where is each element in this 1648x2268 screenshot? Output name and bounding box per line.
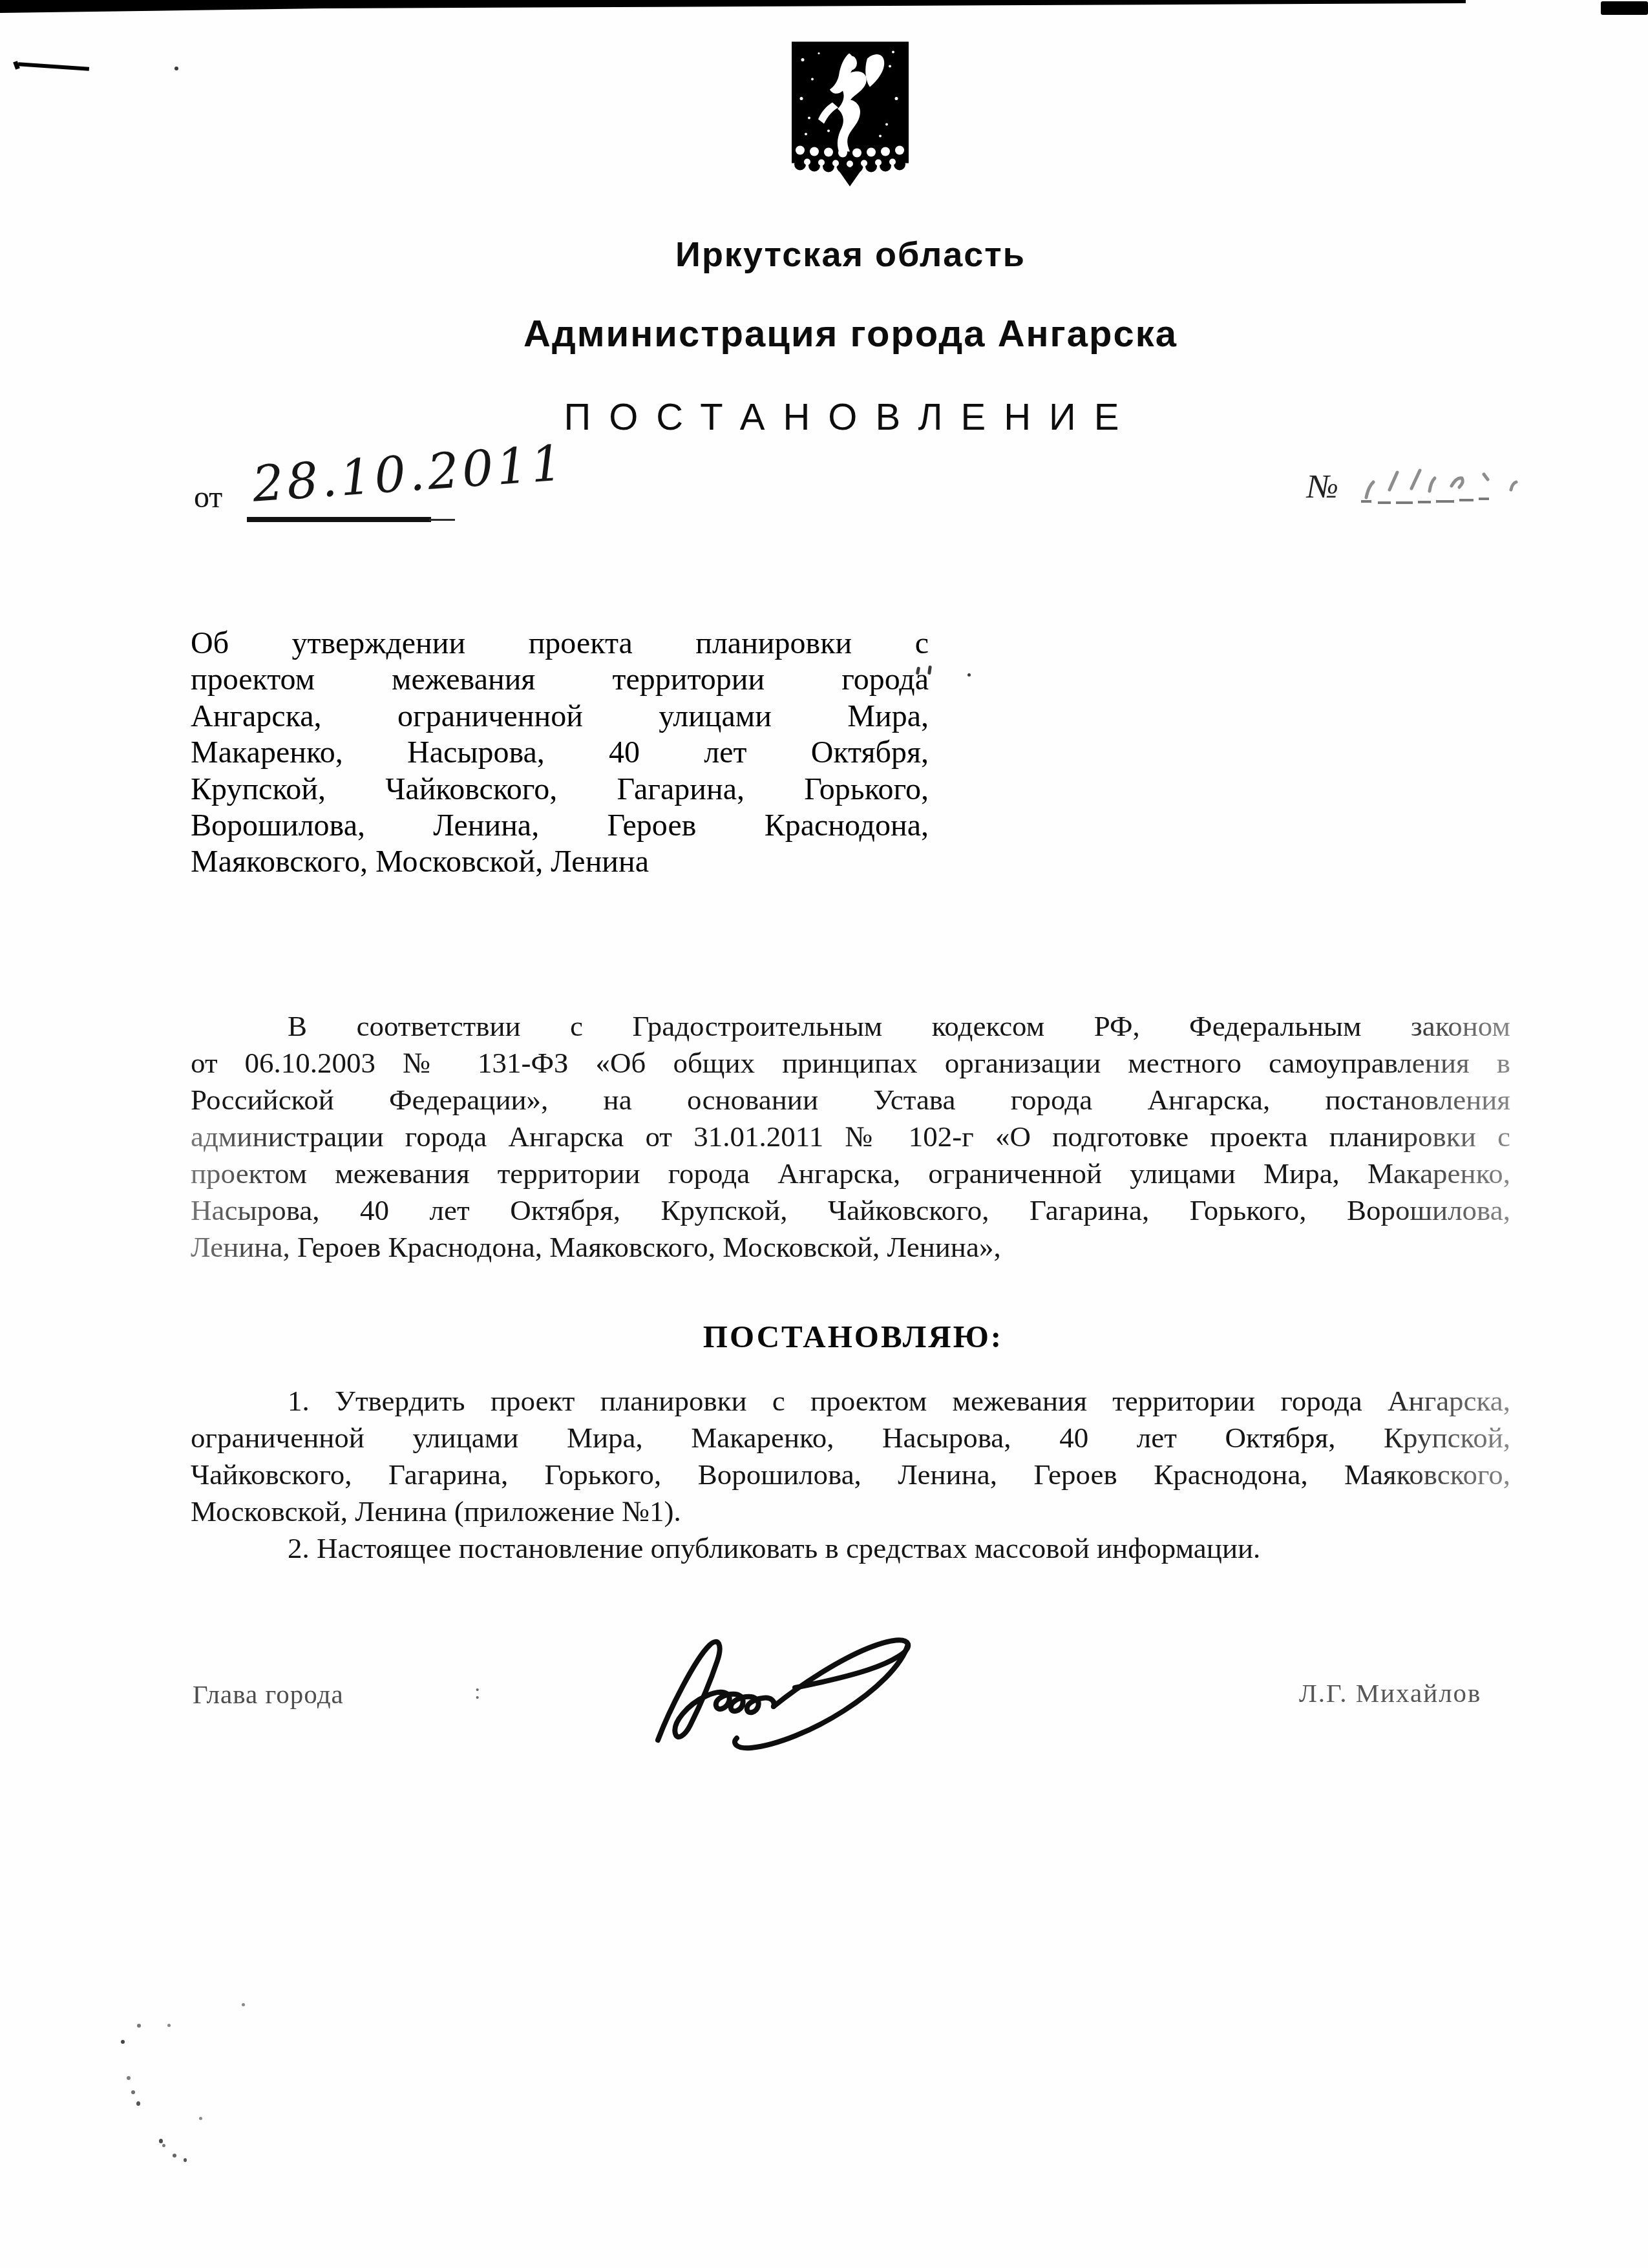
scan-speck bbox=[242, 2003, 245, 2006]
handwritten-dash-mark bbox=[18, 62, 89, 71]
number-handwritten-illegible bbox=[1357, 460, 1532, 512]
date-underline bbox=[247, 517, 431, 522]
scan-speck bbox=[184, 2158, 187, 2162]
resolution-item-1-line: Чайковского, Гагарина, Горького, Ворошил… bbox=[191, 1456, 1510, 1493]
date-handwritten: 28.10.2011 bbox=[250, 434, 567, 513]
subject-line: Маяковского, Московской, Ленина bbox=[191, 844, 929, 880]
subject-line: Об утверждении проекта планировки с bbox=[191, 625, 929, 662]
resolution-item-2: 2. Настоящее постановление опубликовать … bbox=[191, 1530, 1510, 1567]
subject-line: Ворошилова, Ленина, Героев Краснодона, bbox=[191, 808, 929, 844]
number-label: № bbox=[1307, 468, 1338, 506]
resolution-heading: ПОСТАНОВЛЯЮ: bbox=[703, 1318, 1003, 1355]
date-underline-tail bbox=[429, 519, 455, 521]
scan-speck bbox=[136, 2101, 140, 2106]
scan-speck bbox=[967, 673, 971, 677]
signature-handwritten bbox=[607, 1614, 995, 1756]
signatory-position-title: Глава города bbox=[193, 1679, 344, 1710]
date-label: от bbox=[194, 479, 222, 515]
resolution-items: 1. Утвердить проект планировки с проекто… bbox=[191, 1383, 1510, 1567]
subject-paragraph: Об утверждении проекта планировки с прое… bbox=[191, 625, 929, 881]
region-title: Иркутская область bbox=[675, 235, 1026, 275]
scan-speck bbox=[927, 666, 932, 675]
subject-line: проектом межевания территории города bbox=[191, 662, 929, 698]
organization-title: Администрация города Ангарска bbox=[523, 312, 1178, 355]
subject-line: Крупской, Чайковского, Гагарина, Горьког… bbox=[191, 772, 929, 808]
preamble-line: Насырова, 40 лет Октября, Крупской, Чайк… bbox=[191, 1192, 1510, 1229]
scan-speck bbox=[127, 2076, 131, 2080]
scan-speck bbox=[121, 2040, 125, 2044]
scan-speck bbox=[167, 2024, 171, 2027]
scan-artifact-top-edge bbox=[0, 0, 1648, 21]
resolution-item-1-line: Московской, Ленина (приложение №1). bbox=[191, 1493, 1510, 1530]
subject-line: Ангарска, ограниченной улицами Мира, bbox=[191, 698, 929, 735]
preamble-line: проектом межевания территории города Анг… bbox=[191, 1155, 1510, 1192]
resolution-item-1-line: 1. Утвердить проект планировки с проекто… bbox=[191, 1383, 1510, 1420]
document-type-title: ПОСТАНОВЛЕНИЕ bbox=[564, 395, 1137, 439]
preamble-line: Российской Федерации», на основании Уста… bbox=[191, 1082, 1510, 1118]
preamble-paragraph: В соответствии с Градостроительным кодек… bbox=[191, 1008, 1510, 1266]
scan-speck: : bbox=[474, 1680, 480, 1705]
scan-speck bbox=[159, 2139, 163, 2143]
scan-speck bbox=[199, 2117, 202, 2120]
signatory-name: Л.Г. Михайлов bbox=[1299, 1677, 1481, 1708]
decree-document-page: Иркутская область Администрация города А… bbox=[0, 0, 1648, 2268]
scan-speck bbox=[131, 2090, 135, 2094]
scan-speck bbox=[137, 2024, 141, 2028]
preamble-line: В соответствии с Градостроительным кодек… bbox=[191, 1008, 1510, 1045]
subject-line: Макаренко, Насырова, 40 лет Октября, bbox=[191, 735, 929, 771]
scan-speck bbox=[162, 2144, 165, 2147]
coat-of-arms-emblem bbox=[790, 40, 911, 187]
preamble-line: администрации города Ангарска от 31.01.2… bbox=[191, 1118, 1510, 1155]
preamble-line: Ленина, Героев Краснодона, Маяковского, … bbox=[191, 1229, 1510, 1266]
resolution-item-1-line: ограниченной улицами Мира, Макаренко, На… bbox=[191, 1420, 1510, 1456]
scan-speck bbox=[174, 67, 178, 70]
scan-speck bbox=[173, 2154, 176, 2158]
preamble-line: от 06.10.2003 № 131-ФЗ «Об общих принцип… bbox=[191, 1045, 1510, 1082]
